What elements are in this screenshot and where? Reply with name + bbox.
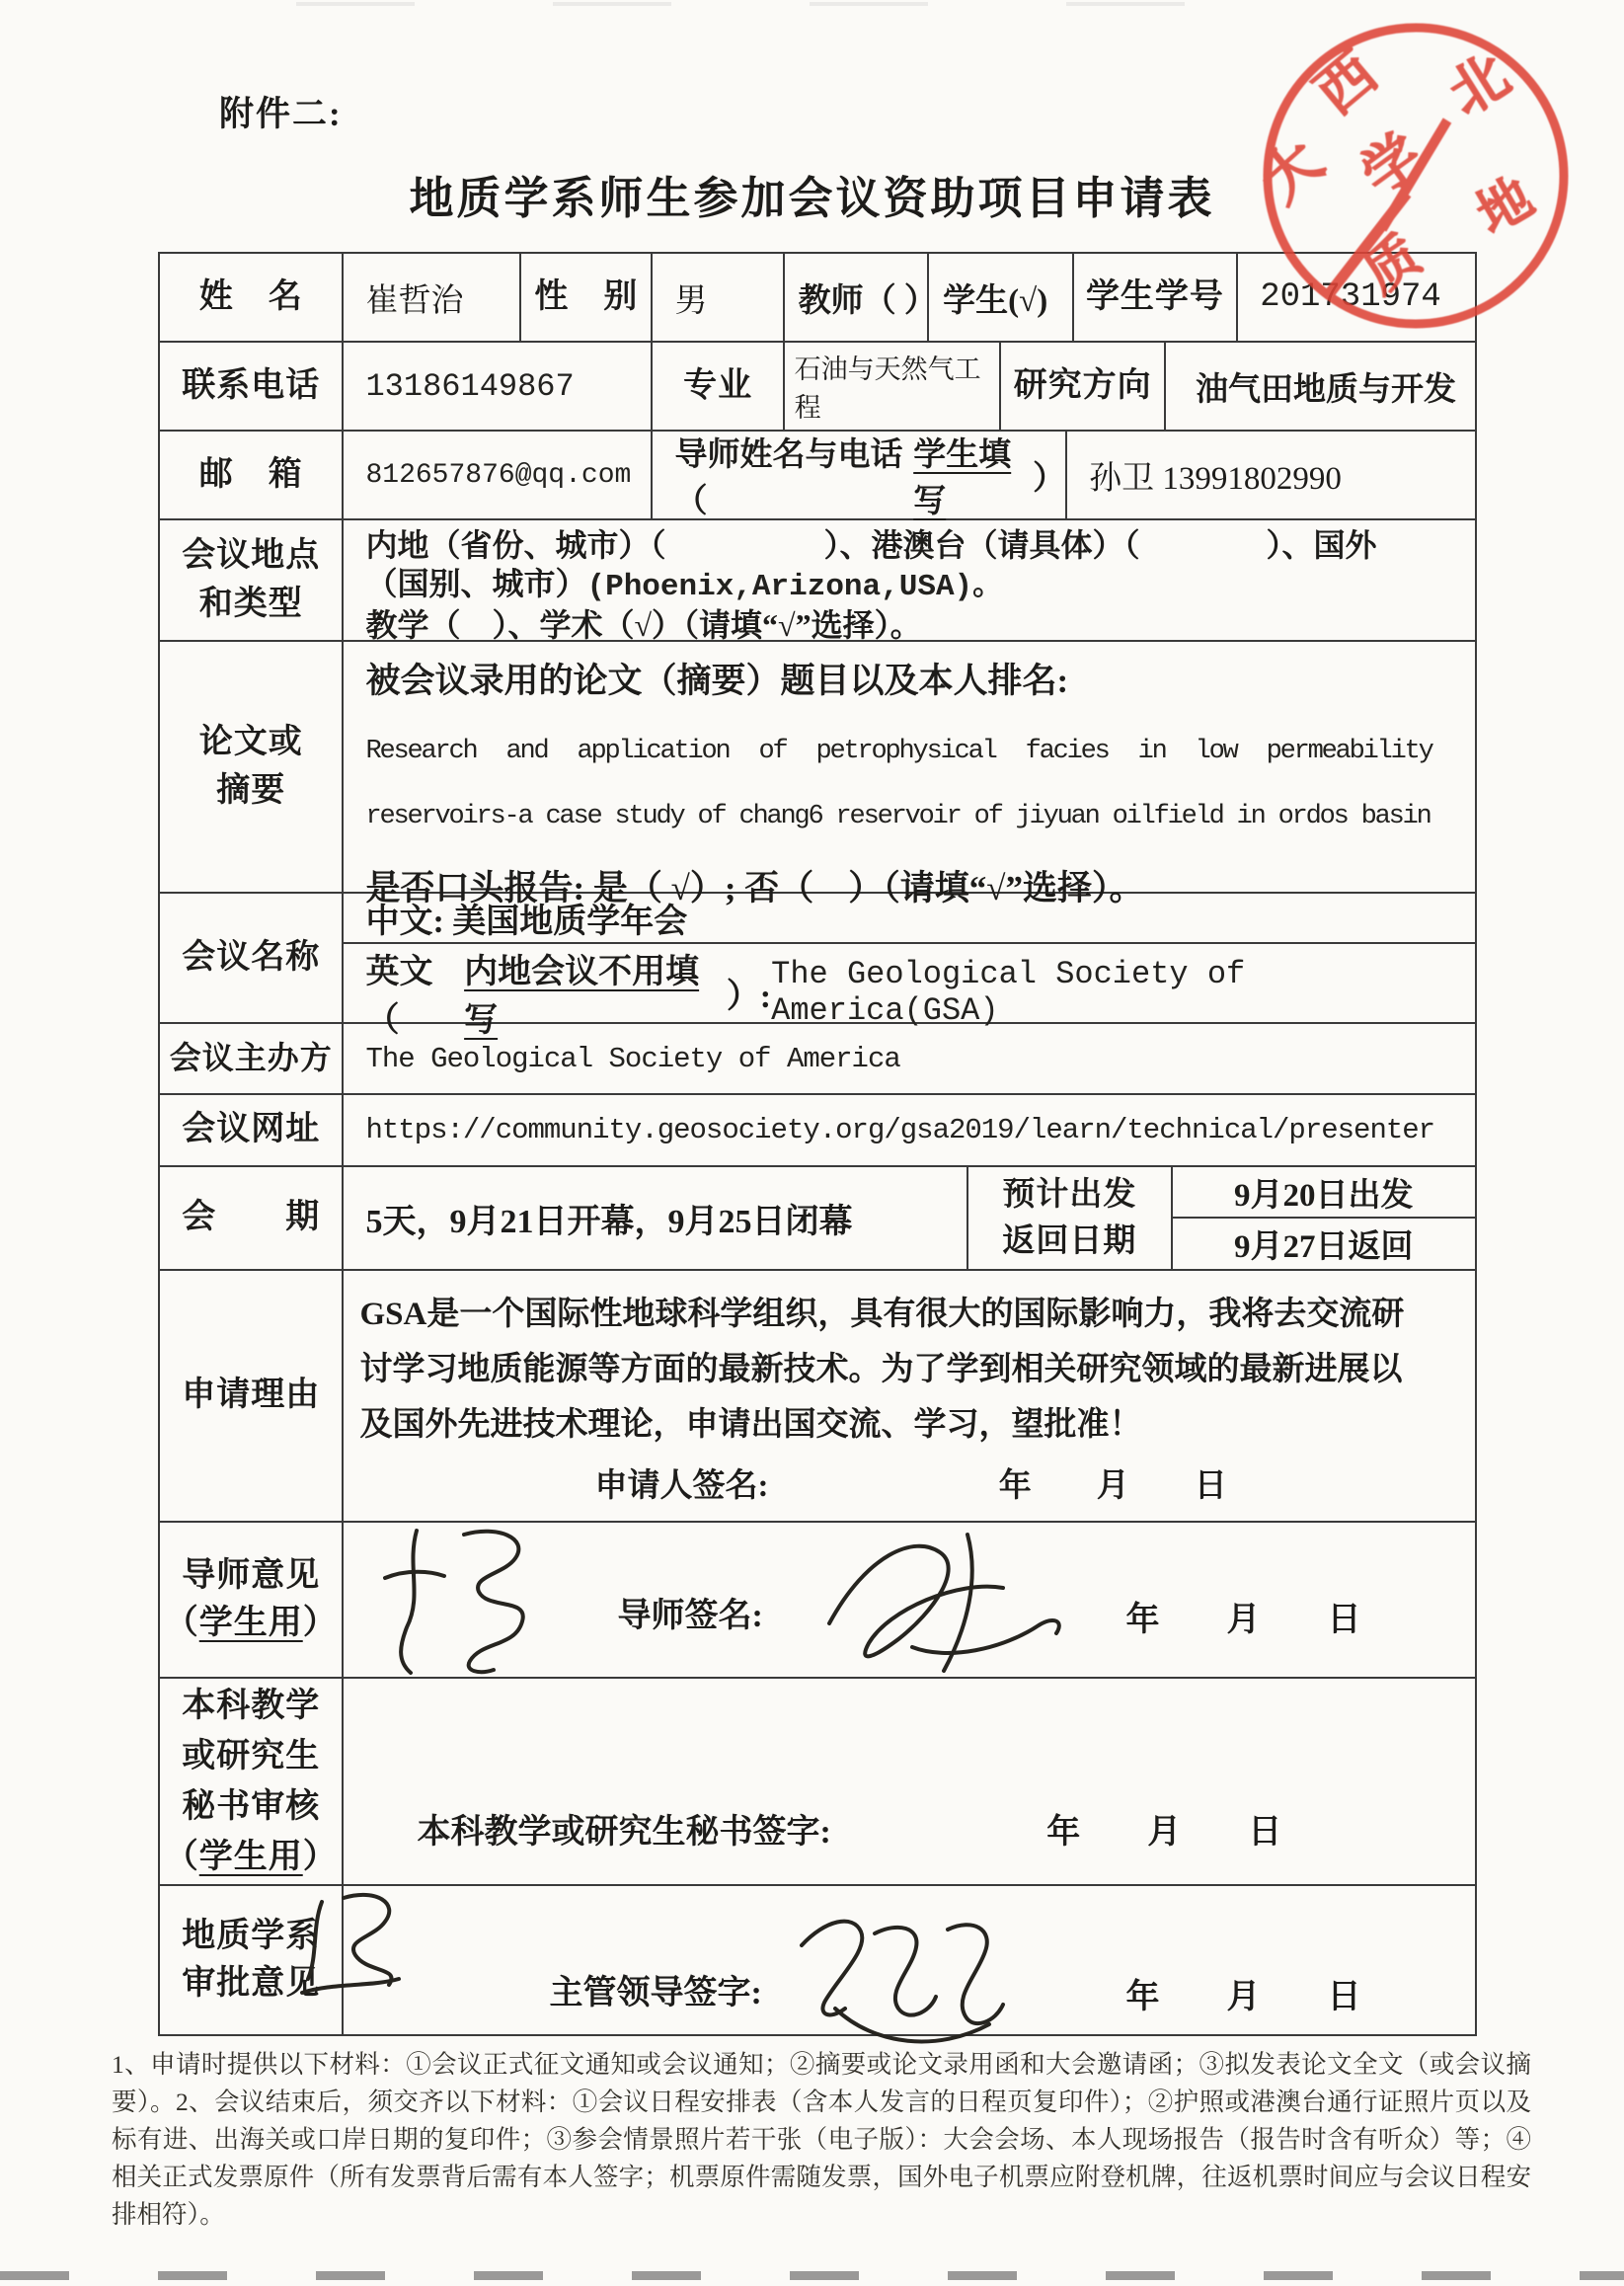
- schedule-duration: 5天，9月21日开幕，9月25日闭幕: [365, 1194, 852, 1242]
- department-sign-label: 主管领导签字:: [549, 1965, 761, 2013]
- application-form-table: 姓 名 崔哲治 性 别 男 教师（ ） 学生(√) 学生学号 201731974…: [158, 252, 1477, 2036]
- row-department-approval: 地质学系 审批意见 主管领导签字: 年 月 日: [160, 1886, 1475, 2034]
- secretary-paren-underlined: 学生用: [199, 1839, 303, 1875]
- organizer-value: The Geological Society of America: [365, 1043, 899, 1075]
- major-value-cell: 石油与天然气工程: [785, 343, 1002, 430]
- paper-title-line1: Research and application of petrophysica…: [365, 737, 1475, 766]
- row-email-advisor: 邮 箱 812657876@qq.com 导师姓名与电话（学生填写） 孙卫 13…: [160, 432, 1475, 520]
- secretary-label-line1: 本科教学: [182, 1681, 320, 1731]
- advisor-value-cell: 孙卫 13991802990: [1067, 432, 1475, 518]
- venue-city-value: (Phoenix,Arizona,USA)。: [586, 570, 1003, 604]
- advisor-sign-label: 导师签名:: [617, 1588, 762, 1636]
- conference-en-value: The Geological Society of America(GSA): [771, 956, 1475, 1029]
- name-label-cell: 姓 名: [160, 254, 344, 341]
- reason-content-cell: GSA是一个国际性地球科学组织，具有很大的国际影响力，我将去交流研 讨学习地质能…: [344, 1271, 1475, 1521]
- advisor-opinion-content-cell: 导师签名: 年 月 日: [344, 1523, 1475, 1677]
- advisor-paren-prefix: （: [165, 1605, 199, 1641]
- reason-line3: 及国外先进技术理论，申请出国交流、学习，望批准！: [359, 1397, 1475, 1453]
- student-id-label-cell: 学生学号: [1074, 254, 1239, 341]
- paper-label-line2: 摘要: [216, 767, 285, 815]
- gender-label-cell: 性 别: [521, 254, 653, 341]
- conference-en-suffix: ）:: [727, 969, 771, 1017]
- schedule-duration-cell: 5天，9月21日开幕，9月25日闭幕: [344, 1167, 968, 1269]
- row-organizer: 会议主办方 The Geological Society of America: [160, 1024, 1475, 1095]
- row-secretary-review: 本科教学 或研究生 秘书审核 （学生用） 本科教学或研究生秘书签字: 年 月 日: [160, 1679, 1475, 1886]
- email-value: 812657876@qq.com: [365, 460, 631, 491]
- paper-label-line1: 论文或: [199, 719, 303, 766]
- name-label: 姓 名: [199, 274, 303, 321]
- row-advisor-opinion: 导师意见 （学生用） 导师签名: 年 月 日: [160, 1523, 1475, 1679]
- conference-subrows: 中文: 美国地质学年会 英文（内地会议不用填写）: The Geological…: [344, 894, 1475, 1022]
- schedule-label: 会 期: [182, 1194, 320, 1241]
- phone-value: 13186149867: [365, 368, 574, 405]
- student-id-label: 学生学号: [1086, 274, 1224, 321]
- major-label: 专业: [683, 362, 752, 410]
- advisor-label-cell: 导师姓名与电话（学生填写）: [653, 432, 1067, 518]
- advisor-opinion-label-line2: （学生用）: [165, 1600, 338, 1647]
- schedule-label-cell: 会 期: [160, 1167, 344, 1269]
- name-value: 崔哲治: [365, 275, 463, 321]
- direction-label: 研究方向: [1014, 362, 1152, 410]
- plan-label-line2: 返回日期: [1002, 1219, 1136, 1265]
- plan-dates-cell: 9月20日出发 9月27日返回: [1173, 1167, 1475, 1269]
- stamp-char-6: 质: [1353, 225, 1431, 304]
- major-value: 石油与天然气工程: [795, 348, 1000, 425]
- reason-label-cell: 申请理由: [160, 1271, 344, 1521]
- email-value-cell: 812657876@qq.com: [344, 432, 653, 518]
- department-leader-signature: [778, 1904, 1025, 2062]
- secretary-label-line3: 秘书审核: [182, 1781, 320, 1832]
- plan-dates-subrows: 9月20日出发 9月27日返回: [1173, 1167, 1475, 1269]
- email-label: 邮 箱: [199, 451, 303, 499]
- row-venue-type: 会议地点 和类型 内地（省份、城市）（ ）、港澳台（请具体）（ ）、国外 （国别…: [160, 520, 1475, 642]
- advisor-label-suffix: ）: [1033, 452, 1065, 499]
- paper-content-cell: 被会议录用的论文（摘要）题目以及本人排名: Research and appli…: [344, 642, 1475, 892]
- phone-label: 联系电话: [182, 362, 320, 410]
- secretary-sign-label: 本科教学或研究生秘书签字:: [417, 1814, 830, 1851]
- conference-cn-row: 中文: 美国地质学年会: [344, 894, 1475, 944]
- venue-label-line1: 会议地点: [182, 532, 320, 580]
- stamp-char-5: 地: [1467, 167, 1543, 245]
- row-conference-name: 会议名称 中文: 美国地质学年会 英文（内地会议不用填写）: The Geolo…: [160, 894, 1475, 1024]
- plan-label-line1: 预计出发: [1002, 1172, 1136, 1219]
- gender-value-cell: 男: [653, 254, 784, 341]
- scan-artifact-bottom: [0, 2271, 1624, 2280]
- secretary-label-cell: 本科教学 或研究生 秘书审核 （学生用）: [160, 1679, 344, 1884]
- stamp-char-1: 西: [1304, 40, 1389, 126]
- applicant-sign-line: 申请人签名: 年 月 日: [359, 1458, 1475, 1514]
- paper-title-line2: reservoirs-a case study of chang6 reserv…: [365, 802, 1475, 831]
- row-website: 会议网址 https://community.geosociety.org/gs…: [160, 1095, 1475, 1167]
- gender-label: 性 别: [534, 274, 638, 321]
- applicant-sign-label: 申请人签名:: [594, 1468, 768, 1504]
- venue-label-cell: 会议地点 和类型: [160, 520, 344, 640]
- teacher-option-cell: 教师（ ）: [785, 254, 930, 341]
- direction-value-cell: 油气田地质与开发: [1166, 343, 1475, 430]
- conference-cn-line: 中文: 美国地质学年会: [365, 894, 687, 942]
- website-label: 会议网址: [182, 1106, 320, 1153]
- student-option-cell: 学生(√): [929, 254, 1074, 341]
- secretary-content-cell: 本科教学或研究生秘书签字: 年 月 日: [344, 1679, 1475, 1884]
- advisor-name-phone: 孙卫 13991802990: [1089, 452, 1342, 499]
- teacher-option: 教师（ ）: [799, 275, 928, 321]
- scan-artifact-top: [296, 2, 1283, 6]
- attachment-label: 附件二:: [219, 87, 343, 136]
- footer-notes: 1、申请时提供以下材料：①会议正式征文通知或会议通知；②摘要或论文录用函和大会邀…: [112, 2046, 1531, 2234]
- secretary-paren-suffix: ）: [303, 1839, 338, 1875]
- venue-line2-cn: （国别、城市）: [365, 566, 586, 601]
- venue-content-cell: 内地（省份、城市）（ ）、港澳台（请具体）（ ）、国外 （国别、城市）(Phoe…: [344, 520, 1475, 640]
- gender-value: 男: [674, 275, 707, 321]
- advisor-label-prefix: 导师姓名与电话（: [674, 429, 913, 521]
- row-contact: 联系电话 13186149867 专业 石油与天然气工程 研究方向 油气田地质与…: [160, 343, 1475, 432]
- phone-value-cell: 13186149867: [344, 343, 653, 430]
- depart-date: 9月20日出发: [1234, 1169, 1414, 1216]
- red-seal-stamp: 西 北 大 学 地 质: [1232, 0, 1607, 355]
- advisor-date-blanks: 年 月 日: [1125, 1592, 1360, 1640]
- reason-line2: 讨学习地质能源等方面的最新技术。为了学到相关研究领域的最新进展以: [359, 1342, 1475, 1397]
- paper-label-cell: 论文或 摘要: [160, 642, 344, 892]
- advisor-paren-suffix: ）: [303, 1605, 338, 1641]
- advisor-opinion-label-line1: 导师意见: [182, 1552, 320, 1600]
- advisor-paren-underlined: 学生用: [199, 1605, 303, 1641]
- website-value-cell: https://community.geosociety.org/gsa2019…: [344, 1095, 1475, 1165]
- row-schedule: 会 期 5天，9月21日开幕，9月25日闭幕 预计出发 返回日期 9月20日出发…: [160, 1167, 1475, 1271]
- depart-date-row: 9月20日出发: [1173, 1167, 1475, 1219]
- plan-label-cell: 预计出发 返回日期: [968, 1167, 1172, 1269]
- department-content-cell: 主管领导签字: 年 月 日: [344, 1886, 1475, 2034]
- reason-line1: GSA是一个国际性地球科学组织，具有很大的国际影响力，我将去交流研: [359, 1287, 1475, 1342]
- organizer-value-cell: The Geological Society of America: [344, 1024, 1475, 1093]
- advisor-label-underlined: 学生填写: [913, 429, 1033, 521]
- advisor-signature: [810, 1527, 1106, 1677]
- paper-heading: 被会议录用的论文（摘要）题目以及本人排名:: [365, 654, 1475, 703]
- website-url: https://community.geosociety.org/gsa2019…: [365, 1114, 1434, 1146]
- advisor-opinion-label-cell: 导师意见 （学生用）: [160, 1523, 344, 1677]
- website-label-cell: 会议网址: [160, 1095, 344, 1165]
- secretary-date-blanks: 年 月 日: [1046, 1814, 1281, 1851]
- department-date-blanks: 年 月 日: [1125, 1969, 1360, 2017]
- advisor-approval-handwriting: [373, 1523, 590, 1677]
- email-label-cell: 邮 箱: [160, 432, 344, 518]
- conference-content-cell: 中文: 美国地质学年会 英文（内地会议不用填写）: The Geological…: [344, 894, 1475, 1022]
- applicant-date-blanks: 年 月 日: [999, 1468, 1227, 1504]
- return-date: 9月27日返回: [1234, 1221, 1414, 1267]
- major-label-cell: 专业: [653, 343, 784, 430]
- secretary-label-line2: 或研究生: [182, 1731, 320, 1781]
- return-date-row: 9月27日返回: [1173, 1219, 1475, 1269]
- organizer-label-cell: 会议主办方: [160, 1024, 344, 1093]
- student-option-checked: 学生(√): [943, 275, 1047, 321]
- venue-line3: 教学（ ）、学术（√）（请填“√”选择）。: [365, 606, 1475, 645]
- venue-line1: 内地（省份、城市）（ ）、港澳台（请具体）（ ）、国外: [365, 526, 1475, 565]
- direction-label-cell: 研究方向: [1001, 343, 1166, 430]
- name-value-cell: 崔哲治: [344, 254, 521, 341]
- secretary-paren-prefix: （: [165, 1839, 199, 1875]
- secretary-sign-line: 本科教学或研究生秘书签字: 年 月 日: [344, 1804, 1281, 1884]
- department-approval-handwriting: [286, 1888, 454, 2003]
- stamp-char-3: 大: [1249, 129, 1335, 215]
- reason-label: 申请理由: [182, 1372, 320, 1419]
- row-paper: 论文或 摘要 被会议录用的论文（摘要）题目以及本人排名: Research an…: [160, 642, 1475, 894]
- conference-label: 会议名称: [182, 934, 320, 982]
- phone-label-cell: 联系电话: [160, 343, 344, 430]
- venue-label-line2: 和类型: [199, 581, 303, 628]
- row-reason: 申请理由 GSA是一个国际性地球科学组织，具有很大的国际影响力，我将去交流研 讨…: [160, 1271, 1475, 1523]
- venue-line2: （国别、城市）(Phoenix,Arizona,USA)。: [365, 565, 1475, 606]
- secretary-label-line4: （学生用）: [165, 1832, 338, 1882]
- direction-value: 油气田地质与开发: [1196, 363, 1456, 410]
- organizer-label: 会议主办方: [170, 1036, 333, 1080]
- conference-label-cell: 会议名称: [160, 894, 344, 1022]
